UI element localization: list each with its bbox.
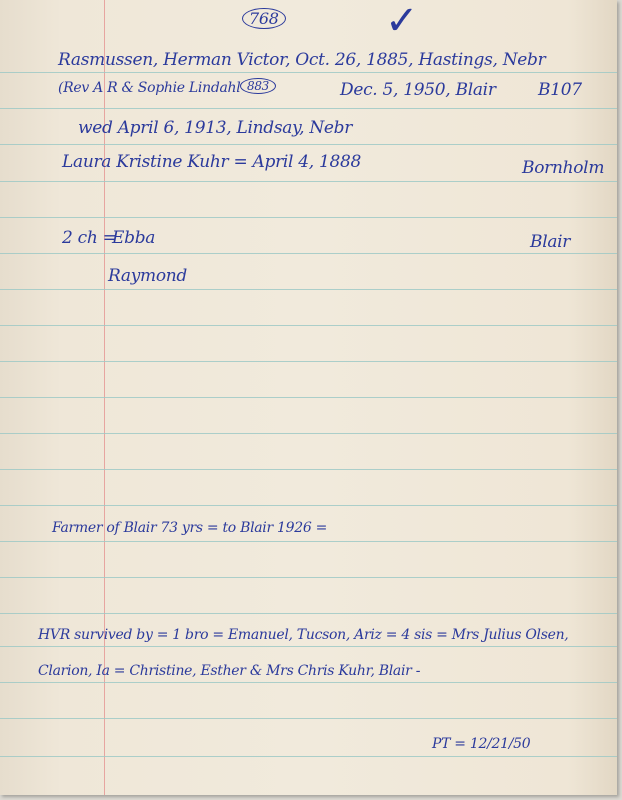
rule-line xyxy=(0,469,617,470)
rule-line xyxy=(0,253,617,254)
rule-line xyxy=(0,718,617,719)
rule-line xyxy=(0,505,617,506)
rule-line xyxy=(0,108,617,109)
rule-line xyxy=(0,577,617,578)
rule-line xyxy=(0,181,617,182)
footer-date: PT = 12/21/50 xyxy=(432,736,530,752)
rule-line xyxy=(0,217,617,218)
survivors-line-1: HVR survived by = 1 bro = Emanuel, Tucso… xyxy=(38,627,568,643)
rule-line xyxy=(0,397,617,398)
rule-line xyxy=(0,325,617,326)
name-birth-line: Rasmussen, Herman Victor, Oct. 26, 1885,… xyxy=(58,50,545,70)
occupation-text: Farmer of Blair 73 yrs = to Blair 1926 = xyxy=(52,520,327,536)
children-label: 2 ch = xyxy=(62,228,117,248)
parents-reference: 883 xyxy=(240,78,276,94)
children-place: Blair xyxy=(530,232,570,252)
rule-line xyxy=(0,72,617,73)
rule-line xyxy=(0,289,617,290)
rule-line xyxy=(0,613,617,614)
death-text: Dec. 5, 1950, Blair xyxy=(340,80,496,100)
rule-line xyxy=(0,361,617,362)
rule-line xyxy=(0,646,617,647)
survivors-line-2: Clarion, Ia = Christine, Esther & Mrs Ch… xyxy=(38,663,420,679)
parents-text: (Rev A R & Sophie Lindahl xyxy=(58,80,240,96)
burial-reference: B107 xyxy=(538,80,582,100)
rule-line xyxy=(0,541,617,542)
spouse-birthplace: Bornholm xyxy=(522,158,604,178)
child-name: Raymond xyxy=(108,266,187,286)
spouse-text: Laura Kristine Kuhr = April 4, 1888 xyxy=(62,152,361,172)
rule-line xyxy=(0,433,617,434)
check-mark-icon: ✓ xyxy=(385,0,419,44)
record-number: 768 xyxy=(242,8,286,29)
rule-line xyxy=(0,682,617,683)
child-name: Ebba xyxy=(112,228,155,248)
marriage-text: wed April 6, 1913, Lindsay, Nebr xyxy=(78,118,352,138)
rule-line xyxy=(0,756,617,757)
rule-line xyxy=(0,144,617,145)
ruled-paper: 768 ✓ Rasmussen, Herman Victor, Oct. 26,… xyxy=(0,0,617,795)
